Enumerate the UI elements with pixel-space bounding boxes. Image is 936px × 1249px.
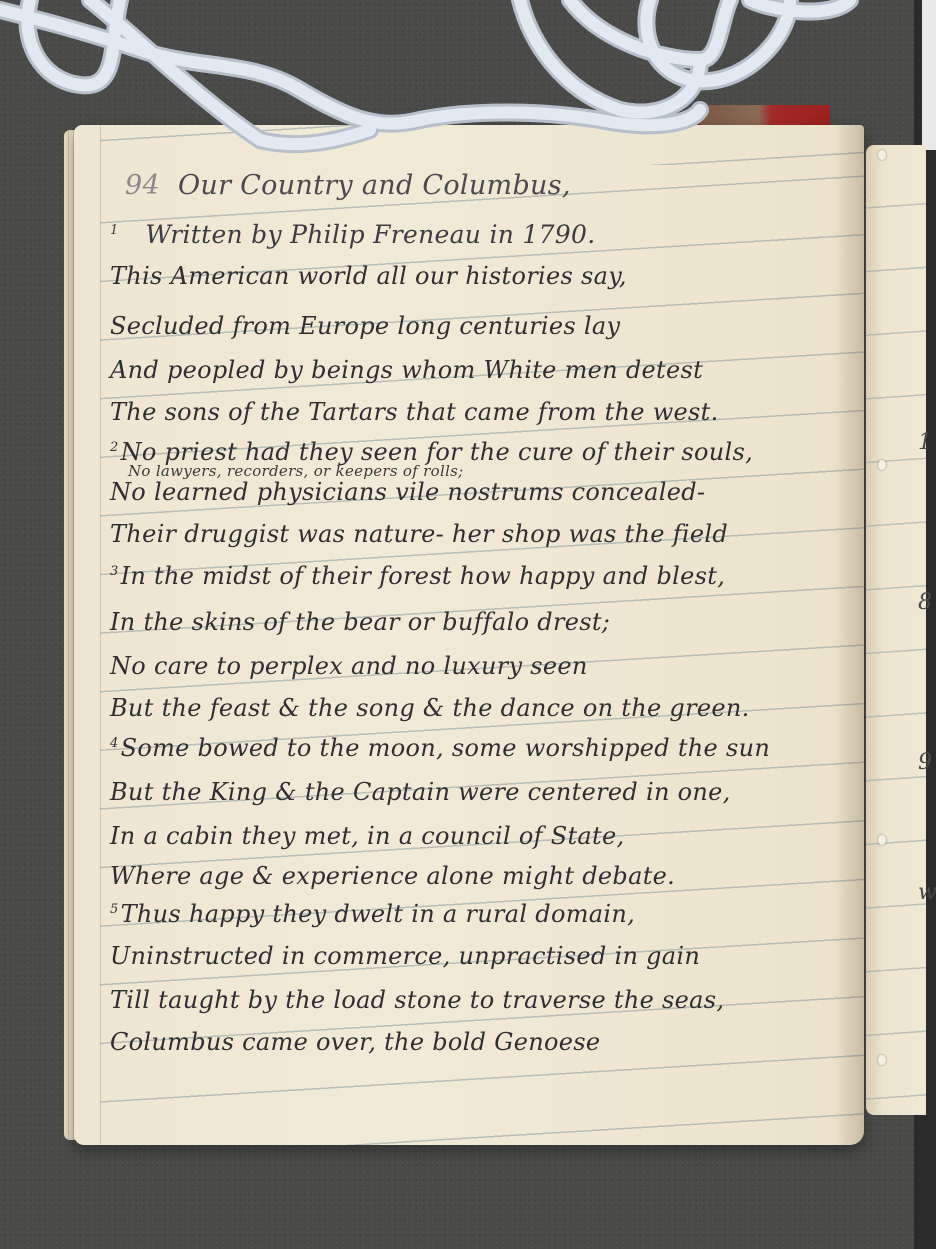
binding-stitch <box>878 1055 886 1065</box>
poem-line: This American world all our histories sa… <box>110 262 627 290</box>
poem-line: In a cabin they met, in a council of Sta… <box>110 822 624 850</box>
poem-line-text: Thus happy they dwelt in a rural domain, <box>121 900 635 928</box>
ruled-lines-right <box>866 145 926 1115</box>
gutter-shadow <box>834 125 864 1145</box>
stanza-number: 4 <box>110 736 119 751</box>
poem-line: Where age & experience alone might debat… <box>110 862 675 890</box>
facing-page-fragment: w <box>918 880 936 905</box>
page-number: 94 <box>125 170 160 201</box>
byline: 1 Written by Philip Freneau in 1790. <box>110 220 595 249</box>
poem-line: 5Thus happy they dwelt in a rural domain… <box>110 900 635 928</box>
poem-line: The sons of the Tartars that came from t… <box>110 398 719 426</box>
poem-line: Their druggist was nature- her shop was … <box>110 520 728 548</box>
white-card-edge <box>922 0 936 150</box>
title-text: Our Country and Columbus, <box>178 170 571 201</box>
binding-stitch <box>878 150 886 160</box>
byline-text: Written by Philip Freneau in 1790. <box>145 220 595 249</box>
stanza-number: 3 <box>110 564 119 579</box>
poem-line: 3In the midst of their forest how happy … <box>110 562 725 590</box>
poem-line-text: Some bowed to the moon, some worshipped … <box>121 734 771 762</box>
facing-page-fragment: 8 <box>918 590 932 615</box>
poem-line: In the skins of the bear or buffalo dres… <box>110 608 610 636</box>
stanza-number: 2 <box>110 440 119 455</box>
poem-line: Uninstructed in commerce, unpractised in… <box>110 942 700 970</box>
poem-line: But the King & the Captain were centered… <box>110 778 731 806</box>
poem-line: Columbus came over, the bold Genoese <box>110 1028 600 1056</box>
stanza-number: 5 <box>110 902 119 917</box>
stanza-number: 1 <box>110 223 119 238</box>
poem-line: Till taught by the load stone to travers… <box>110 986 724 1014</box>
notebook-right-page <box>866 145 926 1115</box>
page-title: 94Our Country and Columbus, <box>125 170 571 201</box>
poem-line: But the feast & the song & the dance on … <box>110 694 750 722</box>
poem-line: No learned physicians vile nostrums conc… <box>110 478 705 506</box>
binding-stitch <box>878 460 886 470</box>
poem-line-text: In the midst of their forest how happy a… <box>121 562 726 590</box>
binding-stitch <box>878 835 886 845</box>
poem-line: No care to perplex and no luxury seen <box>110 652 588 680</box>
margin-line <box>100 125 101 1145</box>
facing-page-fragment: 9 <box>918 750 932 775</box>
poem-line: 4Some bowed to the moon, some worshipped… <box>110 734 770 762</box>
spine-ribbon <box>700 105 830 127</box>
facing-page-fragment: 1 <box>918 430 932 455</box>
poem-line: Secluded from Europe long centuries lay <box>110 312 620 340</box>
poem-line: And peopled by beings whom White men det… <box>110 356 703 384</box>
